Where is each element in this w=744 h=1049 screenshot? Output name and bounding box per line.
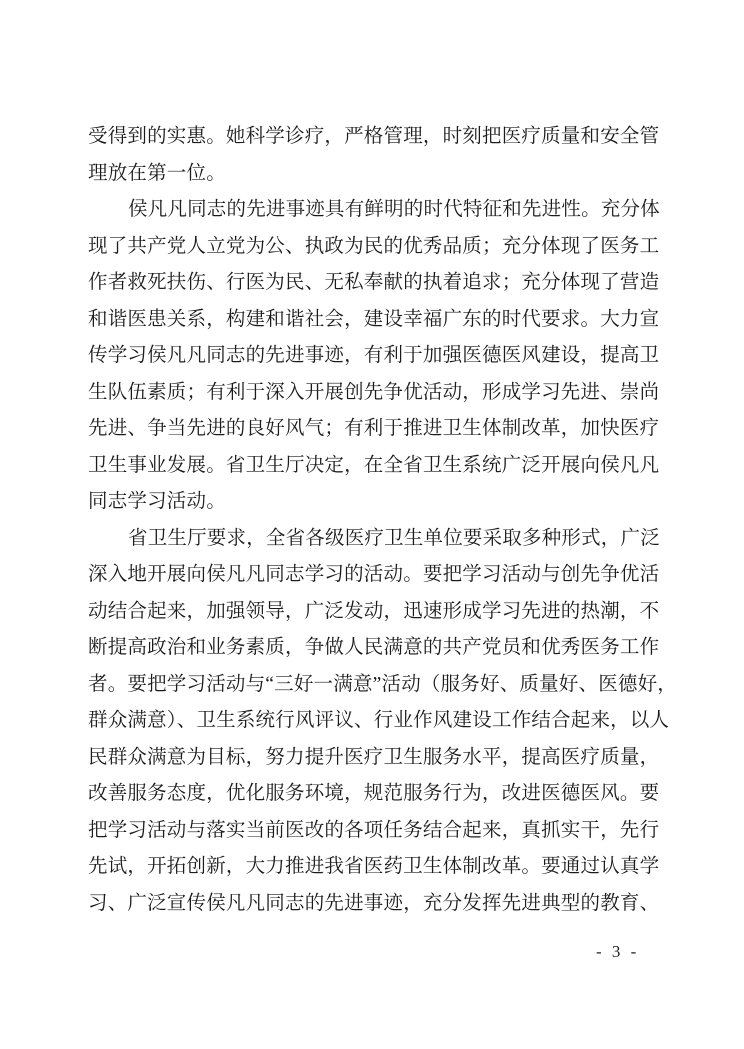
- text-line: 同志学习活动。: [88, 484, 660, 521]
- text-line: 卫生事业发展。省卫生厅决定，在全省卫生系统广泛开展向侯凡凡: [88, 448, 660, 485]
- text-line: 者。要把学习活动与“三好一满意”活动（服务好、质量好、医德好，: [88, 667, 660, 704]
- text-line: 深入地开展向侯凡凡同志学习的活动。要把学习活动与创先争优活: [88, 557, 660, 594]
- text-line: 动结合起来，加强领导，广泛发动，迅速形成学习先进的热潮，不: [88, 594, 660, 631]
- document-body: 受得到的实惠。她科学诊疗，严格管理，时刻把医疗质量和安全管 理放在第一位。 侯凡…: [88, 119, 660, 922]
- text-line: 生队伍素质；有利于深入开展创先争优活动，形成学习先进、崇尚: [88, 375, 660, 412]
- text-line: 改善服务态度，优化服务环境，规范服务行为，改进医德医风。要: [88, 776, 660, 813]
- text-line: 作者救死扶伤、行医为民、无私奉献的执着追求；充分体现了营造: [88, 265, 660, 302]
- text-line: 受得到的实惠。她科学诊疗，严格管理，时刻把医疗质量和安全管: [88, 119, 660, 156]
- document-page: 受得到的实惠。她科学诊疗，严格管理，时刻把医疗质量和安全管 理放在第一位。 侯凡…: [0, 0, 744, 1049]
- text-line: 断提高政治和业务素质，争做人民满意的共产党员和优秀医务工作: [88, 630, 660, 667]
- text-line: 先试，开拓创新，大力推进我省医药卫生体制改革。要通过认真学: [88, 849, 660, 886]
- page-number: - 3 -: [596, 942, 639, 962]
- text-line: 群众满意）、卫生系统行风评议、行业作风建设工作结合起来，以人: [88, 703, 660, 740]
- text-line: 现了共产党人立党为公、执政为民的优秀品质；充分体现了医务工: [88, 229, 660, 266]
- text-line: 和谐医患关系，构建和谐社会，建设幸福广东的时代要求。大力宣: [88, 302, 660, 339]
- text-line: 先进、争当先进的良好风气；有利于推进卫生体制改革，加快医疗: [88, 411, 660, 448]
- text-line: 省卫生厅要求，全省各级医疗卫生单位要采取多种形式，广泛: [88, 521, 660, 558]
- text-line: 民群众满意为目标，努力提升医疗卫生服务水平，提高医疗质量，: [88, 740, 660, 777]
- text-line: 侯凡凡同志的先进事迹具有鲜明的时代特征和先进性。充分体: [88, 192, 660, 229]
- text-line: 把学习活动与落实当前医改的各项任务结合起来，真抓实干，先行: [88, 813, 660, 850]
- text-line: 习、广泛宣传侯凡凡同志的先进事迹，充分发挥先进典型的教育、: [88, 886, 660, 923]
- text-line: 理放在第一位。: [88, 156, 660, 193]
- text-line: 传学习侯凡凡同志的先进事迹，有利于加强医德医风建设，提高卫: [88, 338, 660, 375]
